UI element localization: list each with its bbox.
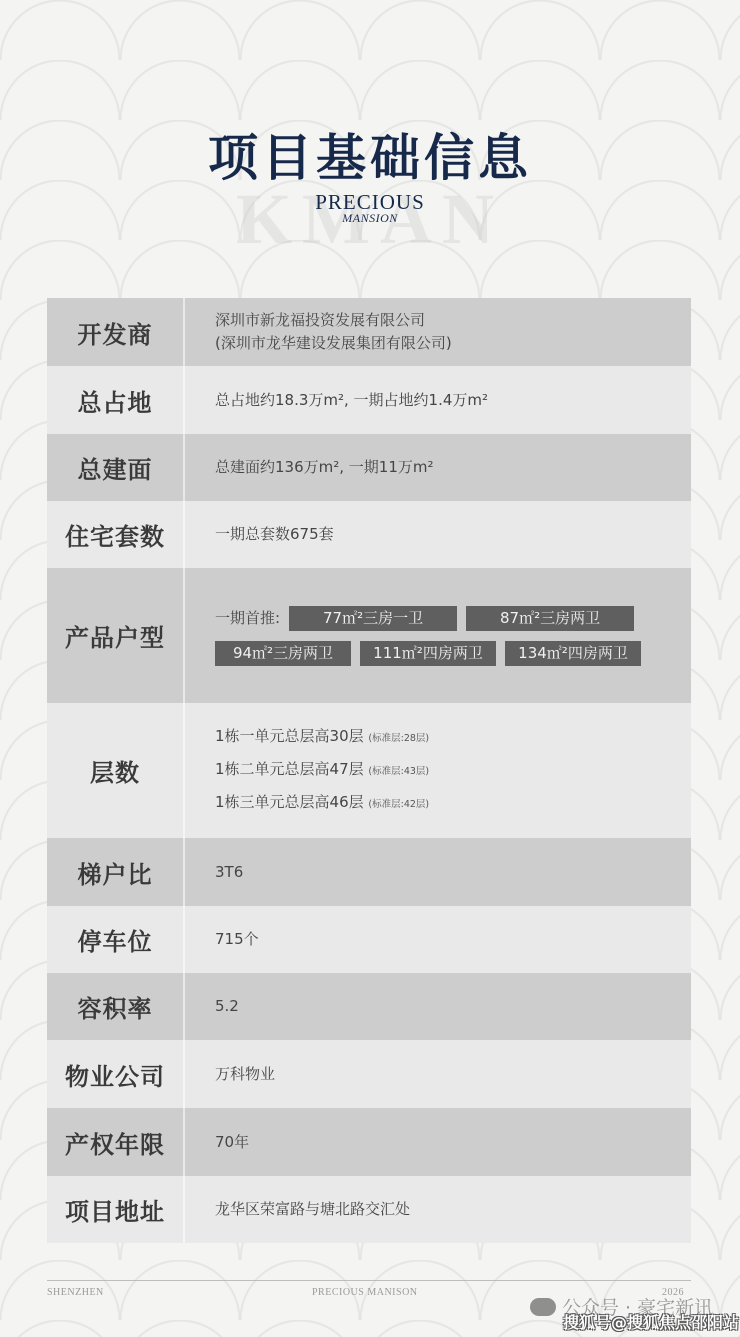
row-value: 一期首推: 77㎡²三房一卫 87㎡²三房两卫 94㎡²三房两卫 111㎡²四房…	[185, 568, 691, 703]
footer-left-text: SHENZHEN	[47, 1287, 104, 1298]
table-row-property-management: 物业公司 万科物业	[47, 1040, 691, 1108]
unit-type-tag: 87㎡²三房两卫	[466, 606, 634, 631]
table-row-floors: 层数 1栋一单元总层高30层 (标准层:28层) 1栋二单元总层高47层 (标准…	[47, 703, 691, 838]
footer-center-text: PRECIOUS MANISON	[312, 1287, 418, 1298]
row-label: 开发商	[47, 298, 185, 366]
tags-line-1: 一期首推: 77㎡²三房一卫 87㎡²三房两卫	[215, 606, 691, 631]
row-label: 产品户型	[47, 568, 185, 703]
project-info-table: 开发商 深圳市新龙福投资发展有限公司 (深圳市龙华建设发展集团有限公司) 总占地…	[47, 298, 691, 1243]
row-value: 总建面约136万m², 一期11万m²	[185, 434, 691, 501]
table-row-total-floor-area: 总建面 总建面约136万m², 一期11万m²	[47, 434, 691, 501]
floor-note: (标准层:43层)	[368, 766, 429, 777]
row-value: 3T6	[185, 838, 691, 906]
footer-divider	[47, 1280, 691, 1281]
header: KMAN 项目基础信息 PRECIOUS MANSION	[0, 0, 740, 290]
row-value: 715个	[185, 906, 691, 973]
developer-parent: (深圳市龙华建设发展集团有限公司)	[215, 332, 691, 355]
unit-type-tag: 94㎡²三房两卫	[215, 641, 351, 666]
table-row-developer: 开发商 深圳市新龙福投资发展有限公司 (深圳市龙华建设发展集团有限公司)	[47, 298, 691, 366]
sohu-watermark: 搜狐号@搜狐焦点邵阳站	[563, 1310, 739, 1333]
floor-line: 1栋一单元总层高30层 (标准层:28层)	[215, 721, 691, 754]
row-label: 总建面	[47, 434, 185, 501]
row-value: 深圳市新龙福投资发展有限公司 (深圳市龙华建设发展集团有限公司)	[185, 298, 691, 366]
table-row-product-types: 产品户型 一期首推: 77㎡²三房一卫 87㎡²三房两卫 94㎡²三房两卫 11…	[47, 568, 691, 703]
row-label: 项目地址	[47, 1176, 185, 1243]
floor-note: (标准层:42层)	[368, 799, 429, 810]
row-value: 1栋一单元总层高30层 (标准层:28层) 1栋二单元总层高47层 (标准层:4…	[185, 703, 691, 838]
row-label: 容积率	[47, 973, 185, 1040]
table-row-units: 住宅套数 一期总套数675套	[47, 501, 691, 568]
row-label: 梯户比	[47, 838, 185, 906]
row-value: 万科物业	[185, 1040, 691, 1108]
table-row-elevator-ratio: 梯户比 3T6	[47, 838, 691, 906]
brand-subtitle-mansion: MANSION	[0, 211, 740, 226]
tags-line-2: 94㎡²三房两卫 111㎡²四房两卫 134㎡²四房两卫	[215, 641, 691, 666]
table-row-parking: 停车位 715个	[47, 906, 691, 973]
table-row-property-term: 产权年限 70年	[47, 1108, 691, 1176]
table-row-total-land: 总占地 总占地约18.3万m², 一期占地约1.4万m²	[47, 366, 691, 434]
floor-main: 1栋三单元总层高46层	[215, 793, 364, 811]
floor-main: 1栋二单元总层高47层	[215, 760, 364, 778]
developer-name: 深圳市新龙福投资发展有限公司	[215, 309, 691, 332]
row-value: 5.2	[185, 973, 691, 1040]
unit-type-tag: 134㎡²四房两卫	[505, 641, 641, 666]
product-prefix: 一期首推:	[215, 607, 280, 630]
floor-line: 1栋二单元总层高47层 (标准层:43层)	[215, 754, 691, 787]
row-label: 总占地	[47, 366, 185, 434]
floor-line: 1栋三单元总层高46层 (标准层:42层)	[215, 787, 691, 820]
table-row-address: 项目地址 龙华区荣富路与塘北路交汇处	[47, 1176, 691, 1243]
row-label: 停车位	[47, 906, 185, 973]
row-value: 总占地约18.3万m², 一期占地约1.4万m²	[185, 366, 691, 434]
row-value: 70年	[185, 1108, 691, 1176]
floor-main: 1栋一单元总层高30层	[215, 727, 364, 745]
table-row-plot-ratio: 容积率 5.2	[47, 973, 691, 1040]
row-value: 龙华区荣富路与塘北路交汇处	[185, 1176, 691, 1243]
page-title: 项目基础信息	[0, 118, 740, 190]
row-label: 产权年限	[47, 1108, 185, 1176]
wechat-logo-icon	[530, 1298, 556, 1316]
unit-type-tag: 111㎡²四房两卫	[360, 641, 496, 666]
floor-note: (标准层:28层)	[368, 733, 429, 744]
row-value: 一期总套数675套	[185, 501, 691, 568]
row-label: 物业公司	[47, 1040, 185, 1108]
unit-type-tag: 77㎡²三房一卫	[289, 606, 457, 631]
row-label: 住宅套数	[47, 501, 185, 568]
row-label: 层数	[47, 703, 185, 838]
